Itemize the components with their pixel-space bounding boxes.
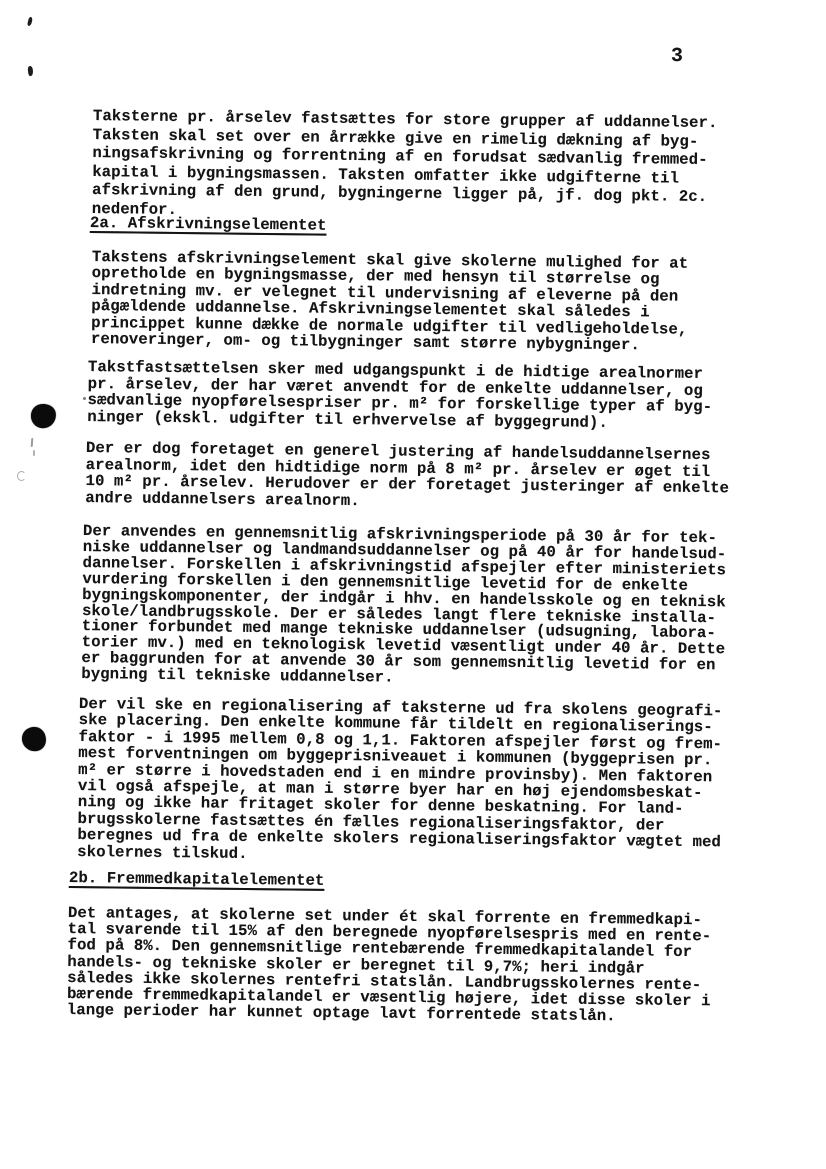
intro-paragraph: Taksterne pr. årselev fastsættes for sto…	[92, 107, 718, 225]
scan-speck	[27, 66, 33, 77]
section-2b-paragraph-1: Det antages, at skolerne set under ét sk…	[67, 905, 712, 1026]
section-2a-paragraph-4: Der anvendes en gennemsnitlig afskrivnin…	[81, 524, 726, 690]
hole-punch-mark-top	[29, 402, 57, 429]
scan-speck	[27, 17, 33, 27]
scan-speck	[31, 438, 34, 447]
scan-speck	[17, 471, 26, 481]
section-heading-2a: 2a. Afskrivningselementet	[90, 214, 327, 235]
page-number: 3	[671, 46, 683, 68]
document-page: 3 Taksterne pr. årselev fastsættes for s…	[0, 0, 826, 1169]
section-2a-paragraph-2: Takstfastsættelsen sker med udgangspunkt…	[87, 359, 712, 432]
section-heading-2b: 2b. Fremmedkapitalelementet	[69, 869, 325, 890]
section-2a-paragraph-1: Takstens afskrivningselement skal give s…	[91, 249, 688, 354]
section-2a-paragraph-5: Der vil ske en regionalisering af takste…	[77, 696, 722, 867]
scan-speck	[83, 397, 86, 400]
section-2a-paragraph-3: Der er dog foretaget en generel justerin…	[85, 440, 729, 513]
scan-speck	[33, 450, 35, 456]
hole-punch-mark-bottom	[21, 726, 47, 752]
